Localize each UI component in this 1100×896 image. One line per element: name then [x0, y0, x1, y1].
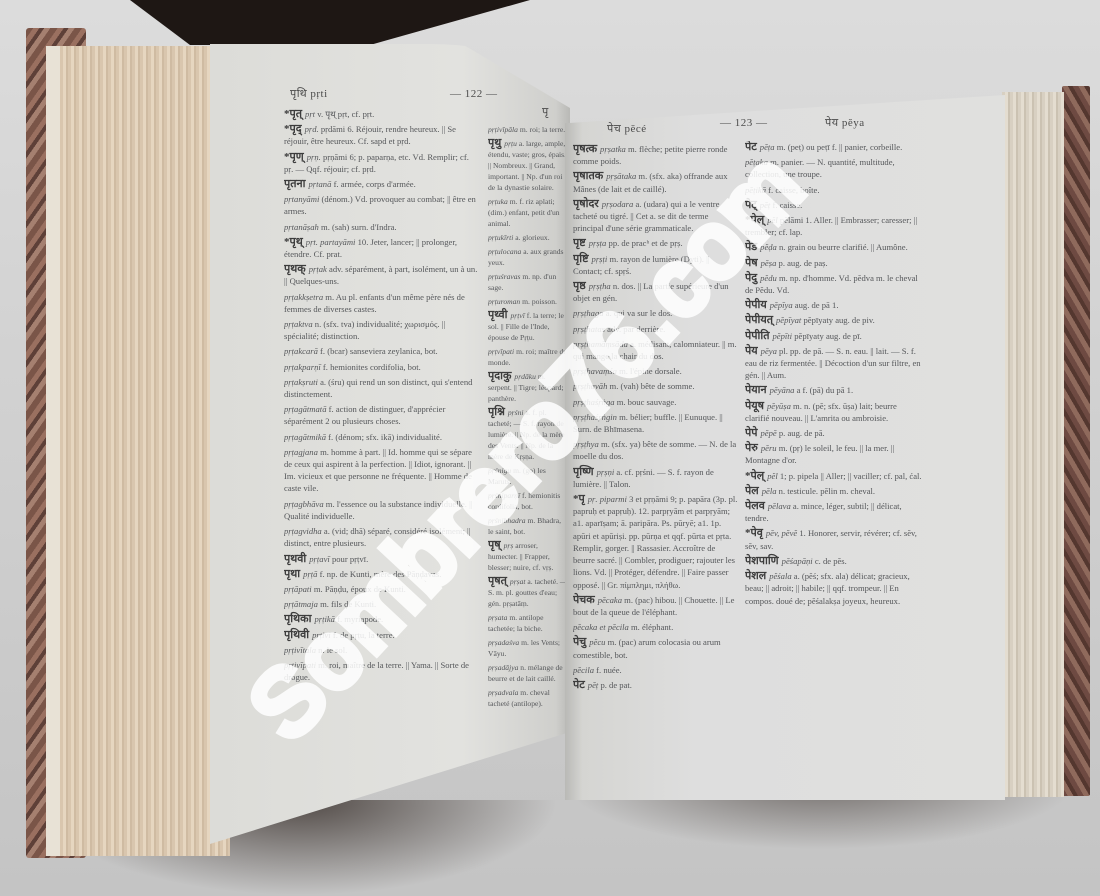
dictionary-entry: पृष्टिpṛṣṭi m. rayon de lumière (Dyti). … — [573, 253, 738, 277]
entry-transliteration: pṛṣata — [488, 613, 509, 622]
dictionary-entry: pṛṭivīpāla m. roi; la terre. — [488, 124, 568, 135]
entry-headword: पेशल — [745, 570, 766, 582]
entry-transliteration: pṛṣodara — [602, 199, 636, 209]
dictionary-entry: पेशपाणिpĕśapāṇi c. de pĕs. — [745, 555, 923, 567]
entry-transliteration: pṛt — [305, 109, 317, 119]
dictionary-entry: pṛṣata m. antilope tachetée; la biche. — [488, 612, 568, 634]
entry-definition: pp. de pracʰ et de pṛṣ. — [609, 238, 683, 248]
entry-transliteration: pĕdu — [760, 273, 779, 283]
entry-headword: पृथक् — [284, 263, 306, 275]
dictionary-entry: पृथाpṛṭā f. np. de Kunti, mère des Pāṇḍa… — [284, 568, 480, 580]
entry-transliteration: pṛdāku — [514, 372, 537, 381]
entry-headword: पेपे — [745, 427, 758, 439]
entry-transliteration: pṛtanā — [308, 179, 333, 189]
entry-transliteration: pĕśala — [769, 571, 794, 581]
entry-headword: पृषोदर — [573, 198, 599, 210]
entry-definition: m. fils de Kunti. — [320, 599, 376, 609]
right-running-head-right: पेय pĕya — [825, 115, 865, 130]
entry-transliteration: pĕḍa — [760, 242, 779, 252]
dictionary-entry: pṛṭuka m. f. riz aplati; (dim.) enfant, … — [488, 196, 568, 229]
dictionary-entry: pṛṣadvala m. cheval tacheté (antilope). — [488, 687, 568, 709]
dictionary-entry: पेडpĕḍa n. grain ou beurre clarifié. || … — [745, 241, 923, 253]
dictionary-entry: pṛṭagātmikā f. (dénom; sfx. ikā) individ… — [284, 431, 480, 443]
entry-headword: पृष्ठ — [573, 280, 586, 292]
entry-headword: पृदाकु — [488, 370, 511, 382]
entry-transliteration: pṛṭā — [303, 569, 319, 579]
entry-definition: m. Pāṇḍu, époux de Kunti. — [314, 584, 406, 594]
dictionary-entry: pṛṣṭhatas adv. par derrière. — [573, 323, 738, 335]
entry-transliteration: pĕyūṣa — [767, 401, 793, 411]
entry-headword: पेष — [745, 257, 758, 269]
entry-headword: पृथिका — [284, 613, 311, 625]
dictionary-entry: पेशलpĕśala a. (pĕś; sfx. ala) délicat; g… — [745, 570, 923, 607]
dictionary-entry: pṛṭakṣruti a. (śru) qui rend un son dist… — [284, 376, 480, 400]
entry-headword: *पृत् — [284, 108, 302, 120]
dictionary-entry: pṛśniparṇī f. hemionitis cordifolia, bot… — [488, 490, 568, 512]
entry-headword: पेट — [745, 141, 757, 153]
dictionary-entry: pṛṭakparṇī f. hemionites cordifolia, bot… — [284, 361, 480, 373]
entry-definition: f. (bcar) sanseviera zeylanica, bot. — [320, 346, 438, 356]
dictionary-entry: pṛṭuśravas m. np. d'un sage. — [488, 271, 568, 293]
entry-transliteration: pṛṭagātmikā — [284, 432, 328, 442]
entry-transliteration: pṛṭātmaja — [284, 599, 320, 609]
dictionary-entry: पृथिकाpṛṭikā f. myriapode. — [284, 613, 480, 625]
entry-transliteration: pṛṭikā — [314, 614, 337, 624]
entry-transliteration: pṛṣat — [510, 577, 528, 586]
dictionary-entry: pṛśnibhadra m. Bhadra, le saint, bot. — [488, 515, 568, 537]
left-page: पृथि pṛti — 122 — पृ *पृत्pṛt v. पृथ् pṛ… — [210, 44, 570, 844]
entry-transliteration: pĕla — [762, 486, 779, 496]
dictionary-entry: पेचुpĕcu m. (pac) arum colocasia ou arum… — [573, 636, 738, 660]
entry-transliteration: pĕṭikā — [745, 185, 768, 195]
entry-transliteration: pṛṭāpati — [284, 584, 314, 594]
entry-definition: m. (sah) surn. d'Indra. — [321, 222, 397, 232]
entry-definition: f. caisse, boîte. — [768, 185, 819, 195]
dictionary-entry: pṛṣṭhya m. (sfx. ya) bête de somme. — N.… — [573, 438, 738, 462]
entry-transliteration: pṛṭagbhāva — [284, 499, 326, 509]
entry-definition: c. de pĕs. — [815, 556, 847, 566]
entry-transliteration: pṛd. — [305, 124, 321, 134]
entry-transliteration: pṛṭuśravas — [488, 272, 522, 281]
entry-headword: पेड — [745, 241, 757, 253]
entry-headword: पृष् — [488, 539, 501, 551]
dictionary-entry: pṛtanyāmi (dénom.) Vd. provoquer au comb… — [284, 193, 480, 217]
entry-definition: f. caisse. — [772, 200, 802, 210]
entry-headword: *पृ — [573, 493, 585, 505]
entry-definition: a f. (pā) du pā 1. — [797, 385, 854, 395]
dictionary-entry: pṛṭakcarā f. (bcar) sanseviera zeylanica… — [284, 345, 480, 357]
dictionary-entry: पेलpĕla n. testicule. pĕlin m. cheval. — [745, 485, 923, 497]
entry-definition: pĕpīyaty aug. de piv. — [803, 315, 874, 325]
entry-transliteration: pṛṭakṣruti — [284, 377, 320, 387]
dictionary-entry: पृष्टpṛṣṭa pp. de pracʰ et de pṛṣ. — [573, 237, 738, 249]
entry-transliteration: pṛṭakkṣetra — [284, 292, 325, 302]
entry-definition: pĕpīyaty aug. de pī. — [794, 331, 862, 341]
entry-definition: 3 et pṛṇāmi 9; p. papāra (3p. pl. papruḥ… — [573, 494, 737, 589]
entry-headword: पेचक — [573, 594, 595, 606]
entry-transliteration: pĕyāna — [770, 385, 797, 395]
entry-transliteration: pṛśniparṇī — [488, 491, 522, 500]
entry-headword: पृथ्वी — [488, 309, 507, 321]
entry-definition: f. de pṛṭu, la terre. — [333, 630, 395, 640]
entry-transliteration: pṛṣṭhavaṃśa — [573, 366, 619, 376]
entry-headword: *पेल् — [745, 214, 764, 226]
entry-transliteration: pĕpīya — [770, 300, 795, 310]
entry-definition: pour pṛṭvī. — [332, 554, 368, 564]
dictionary-entry: *पेल्pĕl pĕlāmi 1. Aller. || Embrasser; … — [745, 214, 923, 238]
dictionary-entry: पेटpĕṭ p. de pat. — [573, 679, 738, 691]
entry-definition: p. de pat. — [600, 680, 632, 690]
page-edges-left — [46, 46, 230, 856]
dictionary-entry: *पृत्pṛt v. पृथ् pṛt, cf. pṛt. — [284, 108, 480, 120]
entry-headword: पृथिवी — [284, 629, 309, 641]
dictionary-entry: pṛṭagbhāva m. l'essence ou la substance … — [284, 498, 480, 522]
entry-headword: पृश्नि — [488, 406, 505, 418]
entry-transliteration: pṛśni — [508, 408, 526, 417]
dictionary-entry: pĕṭaka m. panier. — N. quantité, multitu… — [745, 156, 923, 180]
entry-definition: aug. de pā 1. — [795, 300, 839, 310]
dictionary-entry: पृषातकpṛṣātaka m. (sfx. aka) offrande au… — [573, 170, 738, 194]
entry-headword: *पृथ् — [284, 236, 303, 248]
dictionary-entry: पृथुpṛṭu a. large, ample, étendu, vaste;… — [488, 138, 568, 193]
entry-transliteration: pṛṭakparṇī — [284, 362, 323, 372]
entry-transliteration: pĕcaka et pĕcila — [573, 622, 631, 632]
entry-headword: पेय — [745, 345, 758, 357]
entry-transliteration: pṛṭvī — [510, 311, 526, 320]
dictionary-entry: पृदाकुpṛdāku m. serpent. || Tigre; léopa… — [488, 371, 568, 404]
entry-transliteration: pṛṭuroman — [488, 297, 522, 306]
entry-transliteration: pṛṭivīpāla — [488, 125, 520, 134]
right-running-head: पेच pĕcé — [607, 121, 647, 136]
entry-transliteration: pĕcaka — [598, 595, 624, 605]
dictionary-entry: pĕcila f. nuée. — [573, 664, 738, 676]
entry-transliteration: pĕl — [767, 471, 780, 481]
entry-headword: पेट — [573, 679, 585, 691]
dictionary-entry: *पृpṛ. piparmi 3 et pṛṇāmi 9; p. papāra … — [573, 493, 738, 591]
dictionary-entry: pṛṣadājya n. mélange de beurre et de lai… — [488, 662, 568, 684]
entry-headword: पेयान — [745, 384, 767, 396]
dictionary-entry: पेपीयत्pĕpīyat pĕpīyaty aug. de piv. — [745, 314, 923, 326]
entry-headword: पेपीयत् — [745, 314, 773, 326]
entry-transliteration: pṛṭu — [504, 139, 519, 148]
entry-definition: f. nuée. — [596, 665, 622, 675]
dictionary-entry: pṛṭagātmatā f. action de distinguer, d'a… — [284, 403, 480, 427]
entry-transliteration: pṛṭivī — [312, 630, 333, 640]
dictionary-entry: pṛṭvīpati m. roi; maître du monde. — [488, 346, 568, 368]
entry-transliteration: pṛṣ — [504, 541, 516, 550]
entry-transliteration: pṛṭivītala — [284, 645, 318, 655]
entry-headword: पृषत् — [488, 575, 507, 587]
dictionary-entry: pṛṭivītala n. le sol. — [284, 644, 480, 656]
dictionary-entry: *पृद्pṛd. pṛdāmi 6. Réjouir, rendre heur… — [284, 123, 480, 147]
entry-transliteration: pṛṣadājya — [488, 663, 520, 672]
dictionary-entry: pṛṭuroman m. poisson. — [488, 296, 568, 307]
entry-definition: m. (peṭ) ou peṭī f. || panier, corbeille… — [777, 142, 903, 152]
entry-headword: *पेल् — [745, 470, 764, 482]
left-page-column-2: pṛṭivīpāla m. roi; la terre.पृथुpṛṭu a. … — [488, 124, 568, 764]
entry-transliteration: pṛtanāṣah — [284, 222, 321, 232]
dictionary-entry: पेटpĕṭa m. (peṭ) ou peṭī f. || panier, c… — [745, 141, 923, 153]
dictionary-entry: पेयूषpĕyūṣa m. n. (pĕ; sfx. ūṣa) lait; b… — [745, 400, 923, 424]
dictionary-entry: पेषpĕṣa p. aug. de paṣ. — [745, 257, 923, 269]
entry-transliteration: pĕcila — [573, 665, 596, 675]
entry-definition: p. aug. de paṣ. — [779, 258, 828, 268]
entry-transliteration: pṛśnigu — [488, 466, 513, 475]
entry-transliteration: pĕv, pĕvĕ — [766, 528, 799, 538]
entry-transliteration: pṛṭagvidha — [284, 526, 324, 536]
right-page-column-1: पृषत्कpṛṣatka m. flèche; petite pierre r… — [573, 143, 738, 783]
entry-headword: *पृद् — [284, 123, 302, 135]
dictionary-entry: पृष्pṛṣ arroser, humecter. || Frapper, b… — [488, 540, 568, 573]
entry-transliteration: pĕṭ — [588, 680, 601, 690]
dictionary-entry: पेपेpĕpĕ p. aug. de pā. — [745, 427, 923, 439]
dictionary-entry: pĕṭikā f. caisse, boîte. — [745, 184, 923, 196]
entry-headword: पृतना — [284, 178, 305, 190]
entry-definition: a. qui va sur le dos. — [606, 308, 673, 318]
entry-transliteration: pṛṣātaka — [606, 171, 638, 181]
entry-definition: n. testicule. pĕlin m. cheval. — [779, 486, 875, 496]
entry-definition: p. aug. de pā. — [779, 428, 825, 438]
dictionary-entry: pṛtanāṣah m. (sah) surn. d'Indra. — [284, 221, 480, 233]
dictionary-entry: पृष्णिpṛṣṇi a. cf. pṛśni. — S. f. rayon … — [573, 466, 738, 490]
entry-transliteration: pṛṭagjana — [284, 447, 320, 457]
entry-transliteration: pṛṭagātmatā — [284, 404, 329, 414]
entry-headword: पेट् — [745, 199, 757, 211]
entry-transliteration: pĕya — [761, 346, 779, 356]
dictionary-entry: पृथिवीpṛṭivī f. de pṛṭu, la terre. — [284, 629, 480, 641]
entry-headword: *पेवृ — [745, 527, 763, 539]
dictionary-entry: pṛṭakkṣetra m. Au pl. enfants d'un même … — [284, 291, 480, 315]
entry-headword: पृष्णि — [573, 466, 594, 478]
entry-headword: पेलव — [745, 500, 765, 512]
dictionary-entry: पेलवpĕlava a. mince, léger, subtil; || d… — [745, 500, 923, 524]
entry-headword: *पृण् — [284, 151, 304, 163]
dictionary-entry: पृथ्वीpṛṭvī f. la terre; le sol. || Fill… — [488, 310, 568, 343]
entry-headword: पेयूष — [745, 400, 764, 412]
entry-transliteration: pĕṭaka — [745, 157, 770, 167]
entry-transliteration: pṛṭvīpati — [488, 347, 516, 356]
dictionary-entry: pṛṣadaśva m. les Vents; Vāyu. — [488, 637, 568, 659]
dictionary-entry: pĕcaka et pĕcila m. éléphant. — [573, 621, 738, 633]
dictionary-entry: *पृथ्pṛt. partayāmi 10. Jeter, lancer; |… — [284, 236, 480, 260]
entry-transliteration: pĕpīti — [772, 331, 794, 341]
dictionary-entry: pṛṭāpati m. Pāṇḍu, époux de Kunti. — [284, 583, 480, 595]
dictionary-entry: pṛṭagjana m. homme à part. || Id. homme … — [284, 446, 480, 495]
dictionary-entry: पृष्ठpṛṣṭha n. dos. || La partie supérie… — [573, 280, 738, 304]
entry-transliteration: pṛṭaktva — [284, 319, 315, 329]
entry-transliteration: pṛṣṭhaga — [573, 308, 606, 318]
dictionary-entry: pṛṭagvidha a. (vid; dhā) séparé, considé… — [284, 525, 480, 549]
entry-headword: पृषातक — [573, 170, 603, 182]
dictionary-entry: पेदुpĕdu m. np. d'homme. Vd. pĕdva m. le… — [745, 272, 923, 296]
entry-headword: पृषत्क — [573, 143, 597, 155]
entry-transliteration: pĕṣa — [761, 258, 779, 268]
dictionary-entry: pṛṣṭhaśṛṅga m. bouc sauvage. — [573, 396, 738, 408]
entry-definition: m. l'épine dorsale. — [619, 366, 682, 376]
entry-transliteration: pṛ. piparmi — [588, 494, 629, 504]
dictionary-entry: pṛṭulocana a. aux grands yeux. — [488, 246, 568, 268]
entry-headword: पृथा — [284, 568, 300, 580]
entry-transliteration: pĕpīyat — [776, 315, 803, 325]
entry-transliteration: pṛṣadaśva — [488, 638, 521, 647]
entry-headword: पेदु — [745, 272, 757, 284]
left-page-number: — 122 — — [450, 88, 498, 100]
entry-transliteration: pṛṣṭa — [589, 238, 609, 248]
entry-definition: a. cf. pṛśni. — S. f. rayon de lumière. … — [573, 467, 714, 489]
entry-definition: a. glorieux. — [515, 233, 549, 242]
entry-headword: पृथवी — [284, 553, 306, 565]
dictionary-entry: पृषोदरpṛṣodara a. (udara) qui a le ventr… — [573, 198, 738, 235]
dictionary-entry: पेपीयpĕpīya aug. de pā 1. — [745, 299, 923, 311]
entry-transliteration: pṛṣṇi — [597, 467, 617, 477]
dictionary-entry: pṛṭivīpati m. roi, maître de la terre. |… — [284, 659, 480, 683]
entry-headword: पेशपाणि — [745, 555, 779, 567]
entry-definition: m. éléphant. — [631, 622, 673, 632]
entry-transliteration: pṛṣṭhya — [573, 439, 601, 449]
entry-definition: m. (vah) bête de somme. — [610, 381, 695, 391]
entry-headword: पृथु — [488, 137, 501, 149]
entry-definition: f. hemionites cordifolia, bot. — [323, 362, 421, 372]
dictionary-entry: पृथक्pṛṭak adv. séparément, à part, isol… — [284, 263, 480, 287]
entry-transliteration: pĕlava — [768, 501, 793, 511]
entry-headword: पेल — [745, 485, 759, 497]
entry-transliteration: pṛṣṭhaśṛṅga — [573, 397, 617, 407]
dictionary-entry: pṛśnigu m. (go) les Maruts. — [488, 465, 568, 487]
dictionary-entry: pṛṣṭhavāh m. (vah) bête de somme. — [573, 380, 738, 392]
entry-headword: पेरु — [745, 442, 758, 454]
dictionary-entry: pṛṭaktva n. (sfx. tva) individualité; χω… — [284, 318, 480, 342]
entry-definition: m. roi; la terre. — [520, 125, 565, 134]
dictionary-entry: *पेल्pĕl 1; p. pipela || Aller; || vacil… — [745, 470, 923, 482]
entry-definition: adv. par derrière. — [607, 324, 665, 334]
entry-transliteration: pṛṣṭhamāṃsāda — [573, 339, 630, 349]
dictionary-entry: pṛṣṭhaśṛṅgin m. bélier; buffle. || Eunuq… — [573, 411, 738, 435]
entry-definition: n. grain ou beurre clarifié. || Aumône. — [779, 242, 908, 252]
entry-headword: पेचु — [573, 636, 586, 648]
page-edges-right — [1002, 92, 1064, 797]
entry-transliteration: pṛṣatka — [600, 144, 628, 154]
entry-transliteration: pṛṣṭi — [592, 254, 610, 264]
dictionary-entry: पृश्निpṛśni a. f. pl. tacheté; — S. f. r… — [488, 407, 568, 462]
entry-transliteration: pṛṣṭha — [589, 281, 613, 291]
marbled-cover-right — [1062, 86, 1090, 796]
entry-definition: 1; p. pipela || Aller; || vaciller; cf. … — [780, 471, 922, 481]
entry-transliteration: pṛṭuka — [488, 197, 510, 206]
left-running-head-right: पृ — [542, 104, 549, 119]
dark-background-object — [130, 0, 530, 45]
entry-transliteration: pṛṣṭhavāh — [573, 381, 610, 391]
dictionary-entry: पेट्pĕṭ f. caisse. — [745, 199, 923, 211]
dictionary-entry: pṛṭukīrti a. glorieux. — [488, 232, 568, 243]
entry-transliteration: pṛṭakcarā — [284, 346, 320, 356]
left-running-head: पृथि pṛti — [290, 86, 328, 101]
entry-definition: f. np. de Kunti, mère des Pāṇḍavas. — [320, 569, 442, 579]
entry-definition: f. myriapode. — [337, 614, 383, 624]
dictionary-entry: पेचकpĕcaka m. (pac) hibou. || Chouette. … — [573, 594, 738, 618]
entry-definition: m. bouc sauvage. — [617, 397, 677, 407]
entry-definition: m. poisson. — [522, 297, 557, 306]
entry-transliteration: pĕru — [761, 443, 779, 453]
book-photo: पृथि pṛti — 122 — पृ *पृत्pṛt v. पृथ् pṛ… — [0, 0, 1100, 896]
dictionary-entry: पृषत्pṛṣat a. tacheté. — S. m. pl. goutt… — [488, 576, 568, 609]
dictionary-entry: *पृण्pṛṇ. pṛṇāmi 6; p. paparṇa, etc. Vd.… — [284, 151, 480, 175]
dictionary-entry: *पेवृpĕv, pĕvĕ 1. Honorer, servir, révér… — [745, 527, 923, 551]
entry-transliteration: pṛṣṭhatas — [573, 324, 607, 334]
entry-transliteration: pṛṣṭhaśṛṅgin — [573, 412, 619, 422]
entry-transliteration: pĕcu — [589, 637, 607, 647]
entry-headword: पृष्ट — [573, 237, 586, 249]
entry-definition: v. पृथ् pṛt, cf. pṛt. — [317, 109, 374, 119]
entry-transliteration: pṛṭak — [309, 264, 329, 274]
entry-transliteration: pṛṭulocana — [488, 247, 523, 256]
entry-transliteration: pṛṭavī — [309, 554, 332, 564]
right-page-number: — 123 — — [720, 117, 768, 129]
entry-transliteration: pĕl — [767, 215, 780, 225]
entry-transliteration: pĕṭa — [760, 142, 777, 152]
entry-transliteration: pĕpĕ — [761, 428, 779, 438]
left-page-column-1: *पृत्pṛt v. पृथ् pṛt, cf. pṛt.*पृद्pṛd. … — [284, 108, 480, 798]
dictionary-entry: pṛṣṭhavaṃśa m. l'épine dorsale. — [573, 365, 738, 377]
dictionary-entry: pṛṭātmaja m. fils de Kunti. — [284, 598, 480, 610]
dictionary-entry: pṛṣṭhaga a. qui va sur le dos. — [573, 307, 738, 319]
entry-headword: पेपीति — [745, 330, 769, 342]
entry-headword: पृष्टि — [573, 253, 589, 265]
entry-definition: f. armée, corps d'armée. — [334, 179, 416, 189]
dictionary-entry: पेपीतिpĕpīti pĕpīyaty aug. de pī. — [745, 330, 923, 342]
entry-transliteration: pṛt. partayāmi — [306, 237, 358, 247]
right-page-column-2: पेटpĕṭa m. (peṭ) ou peṭī f. || panier, c… — [745, 141, 923, 781]
dictionary-entry: pṛṣṭhamāṃsāda a. médisant, calomniateur.… — [573, 338, 738, 362]
entry-definition: f. (dénom; sfx. ikā) individualité. — [328, 432, 442, 442]
entry-transliteration: pṛśnibhadra — [488, 516, 527, 525]
entry-transliteration: pṛṭivīpati — [284, 660, 318, 670]
entry-transliteration: pṛṭukīrti — [488, 233, 515, 242]
entry-transliteration: pṛṇ. — [307, 152, 323, 162]
dictionary-entry: पेयानpĕyāna a f. (pā) du pā 1. — [745, 384, 923, 396]
entry-transliteration: pĕṭ — [760, 200, 773, 210]
dictionary-entry: पृथवीpṛṭavī pour pṛṭvī. — [284, 553, 480, 565]
entry-transliteration: pṛtanyāmi — [284, 194, 321, 204]
dictionary-entry: पृतनाpṛtanā f. armée, corps d'armée. — [284, 178, 480, 190]
dictionary-entry: पृषत्कpṛṣatka m. flèche; petite pierre r… — [573, 143, 738, 167]
dictionary-entry: पेयpĕya pl. pp. de pā. — S. n. eau. || l… — [745, 345, 923, 382]
entry-definition: n. le sol. — [318, 645, 347, 655]
entry-transliteration: pṛṣadvala — [488, 688, 520, 697]
dictionary-entry: पेरुpĕru m. (pṛ) le soleil, le feu. || l… — [745, 442, 923, 466]
right-page: पेच pĕcé — 123 — पेय pĕya पृषत्कpṛṣatka … — [565, 95, 1005, 800]
entry-headword: पेपीय — [745, 299, 767, 311]
entry-transliteration: pĕśapāṇi — [782, 556, 815, 566]
